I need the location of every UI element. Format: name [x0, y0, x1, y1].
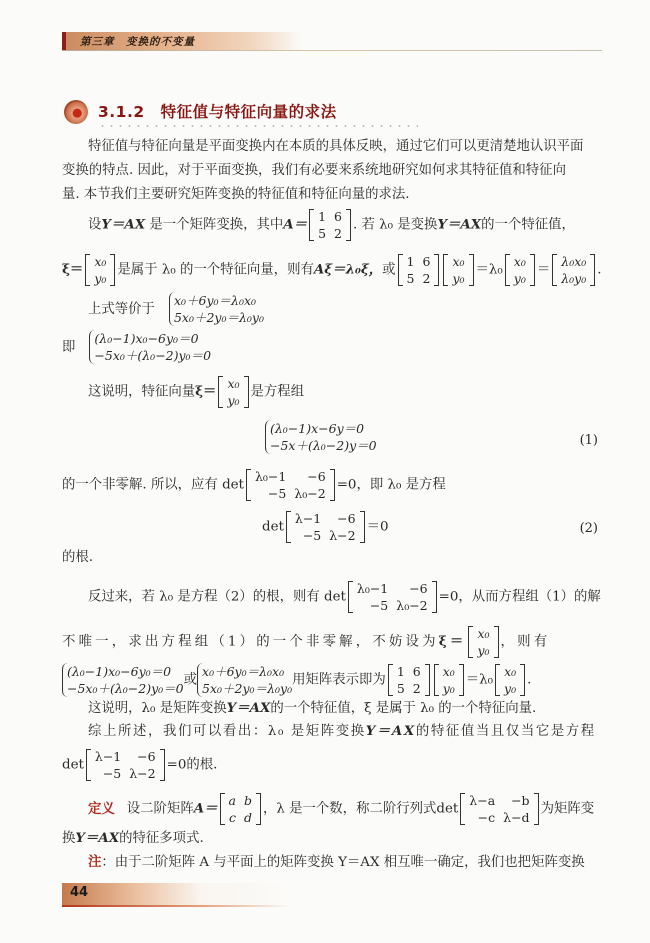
footer-rule — [62, 905, 292, 907]
root-line: 的根. — [62, 547, 93, 568]
conclusion-line: 这说明，λ₀ 是矩阵变换Y＝AX的一个特征值，ξ 是属于 λ₀ 的一个特征向量. — [88, 698, 536, 719]
definition-line-2: 换Y＝AX的特征多项式. — [62, 828, 204, 849]
chapter-header: 第三章 变换的不变量 — [62, 32, 302, 50]
ji-system: 即(λ₀−1)x₀−6y₀＝0−5x₀＋(λ₀−2)y₀＝0 — [62, 330, 211, 364]
note-label: 注 — [88, 855, 101, 870]
setup-line-2: ξ＝x₀y₀是属于 λ₀ 的一个特征向量，则有Aξ＝λ₀ξ，或1652x₀y₀＝… — [62, 253, 602, 287]
shows-line: 这说明，特征向量ξ＝x₀y₀是方程组 — [88, 375, 304, 409]
definition-line: 定义设二阶矩阵A＝abcd，λ 是一个数，称二阶行列式detλ−a−b−cλ−d… — [88, 792, 594, 826]
page-number-block: 44 — [62, 883, 292, 905]
note-line: 注：由于二阶矩阵 A 与平面上的矩阵变换 Y＝AX 相互唯一确定，我们也把矩阵变… — [88, 852, 585, 873]
equation-number-2: (2) — [580, 518, 598, 539]
combined-systems: (λ₀−1)x₀−6y₀＝0−5x₀＋(λ₀−2)y₀＝0或x₀＋6y₀＝λ₀x… — [62, 663, 531, 697]
equation-number-1: (1) — [580, 430, 598, 451]
intro-line-3: 量. 本节我们主要研究矩阵变换的特征值和特征向量的求法. — [62, 184, 410, 205]
chapter-label: 第三章 变换的不变量 — [80, 34, 195, 49]
section-bullet-icon — [64, 100, 88, 124]
summary-line: 综上所述，我们可以看出：λ₀ 是矩阵变换Y＝AX的特征值当且仅当它是方程 — [88, 721, 596, 742]
matrix-A: 1652 — [309, 208, 351, 242]
header-rule — [62, 50, 602, 51]
nonzero-line: 的一个非零解. 所以，应有 detλ₀−1−6−5λ₀−2=0，即 λ₀ 是方程 — [62, 468, 446, 502]
intro-line-2: 变换的特点. 因此，对于平面变换，我们有必要来系统地研究如何求其特征值和特征向 — [62, 160, 566, 181]
section-dotted-rule — [98, 125, 418, 127]
page-number: 44 — [70, 885, 88, 900]
summary-det-line: detλ−1−6−5λ−2=0的根. — [62, 748, 217, 782]
vector-xi: x₀y₀ — [85, 253, 115, 287]
chapter-accent-bar — [62, 32, 66, 50]
equation-1: (λ₀−1)x−6y＝0−5x＋(λ₀−2)y＝0 — [265, 420, 377, 454]
converse-line-2: 不唯一，求出方程组（1）的一个非零解，不妨设为ξ＝x₀y₀，则有 — [62, 625, 550, 659]
section-title-text: 特征值与特征向量的求法 — [161, 103, 337, 121]
definition-label: 定义 — [88, 802, 115, 817]
setup-line-1: 设Y＝AX 是一个矩阵变换，其中A＝1652. 若 λ₀ 是变换Y＝AX的一个特… — [88, 208, 575, 242]
converse-line-1: 反过来，若 λ₀ 是方程（2）的根，则有 detλ₀−1−6−5λ₀−2=0，从… — [88, 580, 601, 614]
equiv-system: 上式等价于x₀＋6y₀＝λ₀x₀5x₀＋2y₀＝λ₀y₀ — [88, 292, 264, 326]
section-title: 3.1.2特征值与特征向量的求法 — [98, 100, 337, 122]
section-number: 3.1.2 — [98, 103, 145, 121]
equation-2: detλ−1−6−5λ−2＝0 — [262, 510, 389, 544]
intro-line-1: 特征值与特征向量是平面变换内在本质的具体反映，通过它们可以更清楚地认识平面 — [88, 136, 583, 157]
